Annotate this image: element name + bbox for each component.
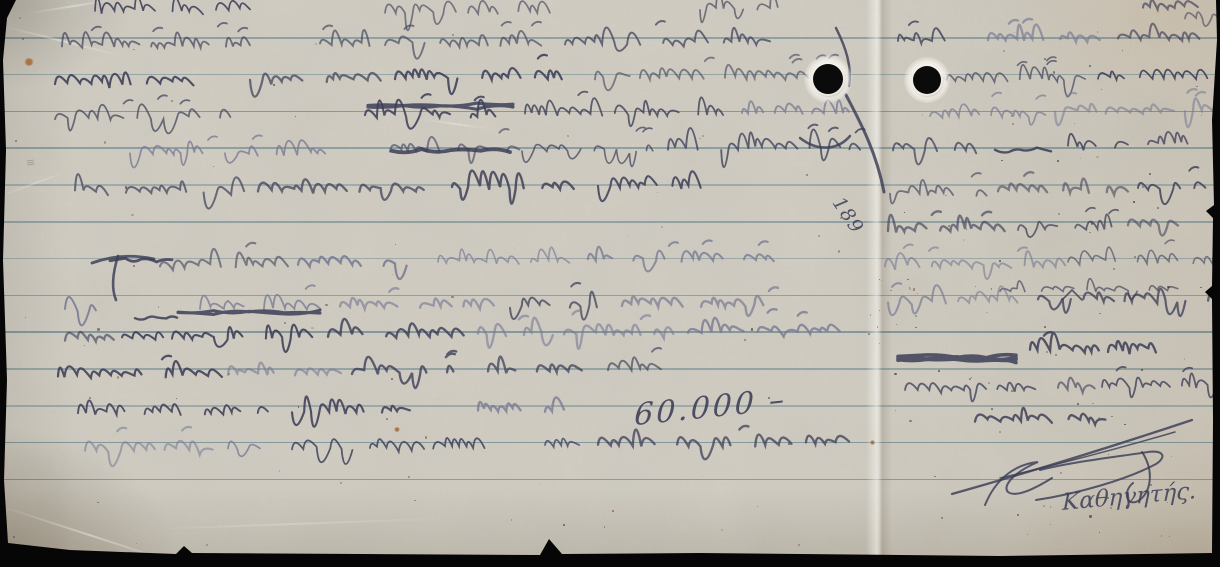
document-scan: 189 60.000 – Καθηγητής. ≡ <box>0 0 1220 567</box>
paper-sheet: 189 60.000 – Καθηγητής. ≡ <box>0 0 1220 567</box>
paper-grain-texture <box>0 0 1220 567</box>
